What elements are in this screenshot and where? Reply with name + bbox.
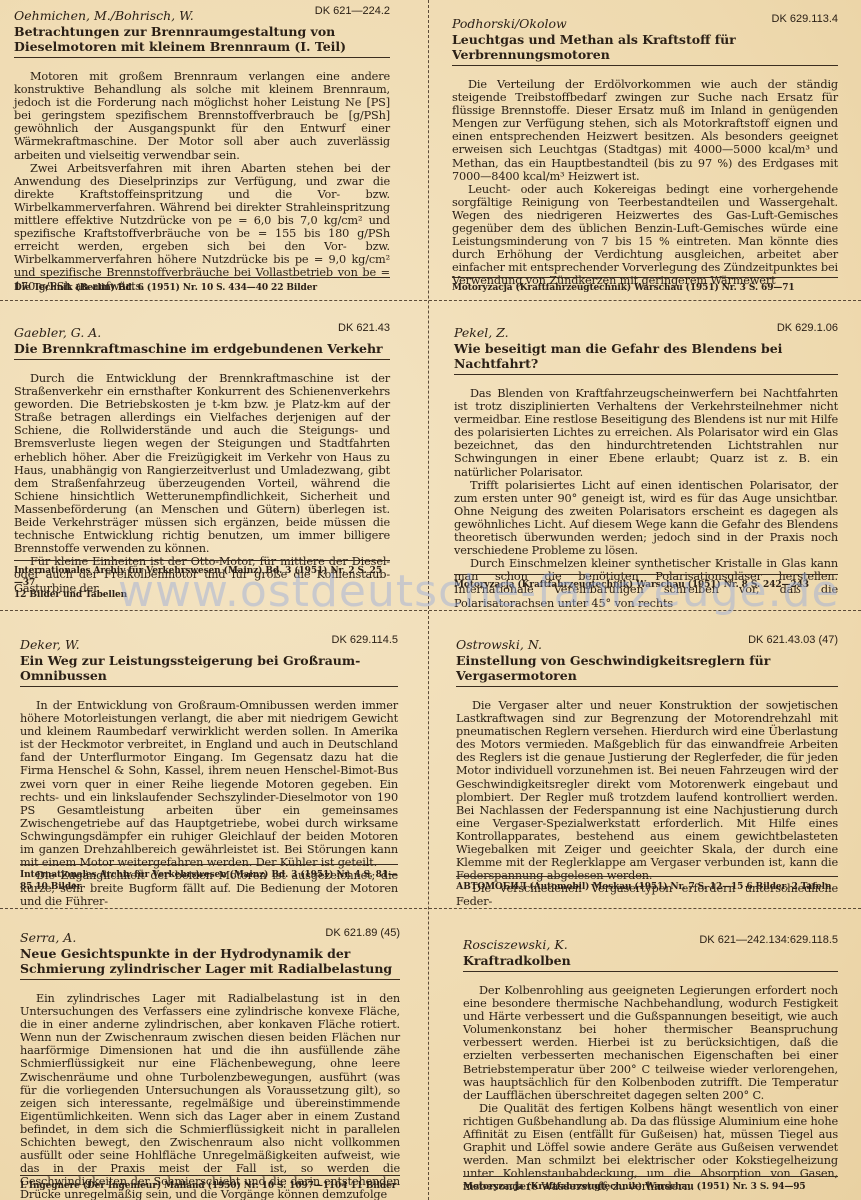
card-header: Serra, A.DK 621.89 (45)	[20, 930, 400, 944]
abstract-paragraph: Das Blenden von Kraftfahrzeugscheinwerfe…	[454, 387, 838, 479]
abstract-paragraph: Trifft polarisiertes Licht auf einen ide…	[454, 479, 838, 558]
card-header: Ostrowski, N.DK 621.43.03 (47)	[456, 637, 838, 651]
author-name: Serra, A.	[20, 930, 76, 945]
abstract-body: Ein zylindrisches Lager mit Radialbelast…	[20, 992, 400, 1200]
author-name: Rosciszewski, K.	[463, 937, 568, 952]
article-title: Kraftradkolben	[463, 953, 838, 972]
source-citation: Internationales Archiv für Verkehrswesen…	[14, 560, 390, 601]
abstract-card: Serra, A.DK 621.89 (45)Neue Gesichtspunk…	[20, 930, 400, 1196]
article-title: Betrachtungen zur Brennraumgestaltung vo…	[14, 24, 390, 58]
article-title: Einstellung von Geschwindigkeitsreglern …	[456, 653, 838, 687]
document-page: Oehmichen, M./Bohrisch, W.DK 621—224.2Be…	[0, 0, 861, 1200]
source-citation: Motoryzacja (Kraftfahrzeugtechnik) Warsc…	[463, 1176, 838, 1193]
article-title: Wie beseitigt man die Gefahr des Blenden…	[454, 341, 838, 375]
dk-classification: DK 621.43.03 (47)	[748, 634, 838, 646]
source-citation: Die Technik (Berlin) Bd. 6 (1951) Nr. 10…	[14, 277, 390, 294]
abstract-paragraph: Zwei Arbeitsverfahren mit ihren Abarten …	[14, 162, 390, 293]
author-name: Podhorski/Okolow	[452, 16, 567, 31]
abstract-body: Der Kolbenrohling aus geeigneten Legieru…	[463, 984, 838, 1194]
author-name: Oehmichen, M./Bohrisch, W.	[14, 8, 194, 23]
dk-classification: DK 629.1.06	[777, 322, 838, 334]
author-name: Pekel, Z.	[454, 325, 509, 340]
abstract-paragraph: Der Kolbenrohling aus geeigneten Legieru…	[463, 984, 838, 1102]
row-divider	[0, 610, 861, 611]
article-title: Leuchtgas und Methan als Kraftstoff für …	[452, 32, 838, 66]
row-divider	[0, 300, 861, 301]
abstract-paragraph: Ein zylindrisches Lager mit Radialbelast…	[20, 992, 400, 1200]
card-header: Deker, W.DK 629.114.5	[20, 637, 398, 651]
abstract-paragraph: Die Verteilung der Erdölvorkommen wie au…	[452, 78, 838, 183]
author-name: Gaebler, G. A.	[14, 325, 101, 340]
article-title: Neue Gesichtspunkte in der Hydrodynamik …	[20, 946, 400, 980]
article-title: Ein Weg zur Leistungssteigerung bei Groß…	[20, 653, 398, 687]
dk-classification: DK 621—224.2	[315, 5, 390, 17]
dk-classification: DK 629.113.4	[772, 13, 838, 25]
card-header: Gaebler, G. A.DK 621.43	[14, 325, 390, 339]
dk-classification: DK 621—242.134:629.118.5	[699, 934, 838, 946]
source-citation: L'Ingegnere (Der Ingenieur) Mailand (195…	[20, 1175, 400, 1192]
abstract-card: Deker, W.DK 629.114.5Ein Weg zur Leistun…	[20, 637, 398, 897]
abstract-paragraph: Die Vergaser alter und neuer Konstruktio…	[456, 699, 838, 882]
abstract-card: Ostrowski, N.DK 621.43.03 (47)Einstellun…	[456, 637, 838, 897]
abstract-card: Rosciszewski, K.DK 621—242.134:629.118.5…	[463, 937, 838, 1197]
dk-classification: DK 621.43	[338, 322, 390, 334]
dk-classification: DK 629.114.5	[332, 634, 398, 646]
abstract-paragraph: In der Entwicklung von Großraum-Omnibuss…	[20, 699, 398, 869]
card-header: Oehmichen, M./Bohrisch, W.DK 621—224.2	[14, 8, 390, 22]
source-citation: Motoryzacja (Kraftfahrzeugtechnik) Warsc…	[452, 277, 838, 294]
abstract-card: Podhorski/OkolowDK 629.113.4Leuchtgas un…	[452, 16, 838, 298]
card-header: Rosciszewski, K.DK 621—242.134:629.118.5	[463, 937, 838, 951]
abstract-card: Oehmichen, M./Bohrisch, W.DK 621—224.2Be…	[14, 8, 390, 298]
article-title: Die Brennkraftmaschine im erdgebundenen …	[14, 341, 390, 360]
abstract-paragraph: Leucht- oder auch Kokereigas bedingt ein…	[452, 183, 838, 288]
card-header: Podhorski/OkolowDK 629.113.4	[452, 16, 838, 30]
author-name: Deker, W.	[20, 637, 80, 652]
author-name: Ostrowski, N.	[456, 637, 542, 652]
abstract-paragraph: Motoren mit großem Brennraum verlangen e…	[14, 70, 390, 162]
abstract-card: Gaebler, G. A.DK 621.43Die Brennkraftmas…	[14, 325, 390, 595]
source-citation: АВТОМОБИЛ (Automobil) Moskau (1951) Nr. …	[456, 876, 838, 893]
column-divider	[428, 0, 429, 1200]
dk-classification: DK 621.89 (45)	[325, 927, 400, 939]
abstract-body: Motoren mit großem Brennraum verlangen e…	[14, 70, 390, 293]
card-header: Pekel, Z.DK 629.1.06	[454, 325, 838, 339]
abstract-card: Pekel, Z.DK 629.1.06Wie beseitigt man di…	[454, 325, 838, 595]
abstract-body: Die Verteilung der Erdölvorkommen wie au…	[452, 78, 838, 288]
source-citation: Internationales Archiv für Verkehrswesen…	[20, 864, 398, 893]
abstract-paragraph: Durch die Entwicklung der Brennkraftmasc…	[14, 372, 390, 555]
source-citation: Motoryzacja (Kraftfahrzeugtechnik) Warsc…	[454, 574, 838, 591]
